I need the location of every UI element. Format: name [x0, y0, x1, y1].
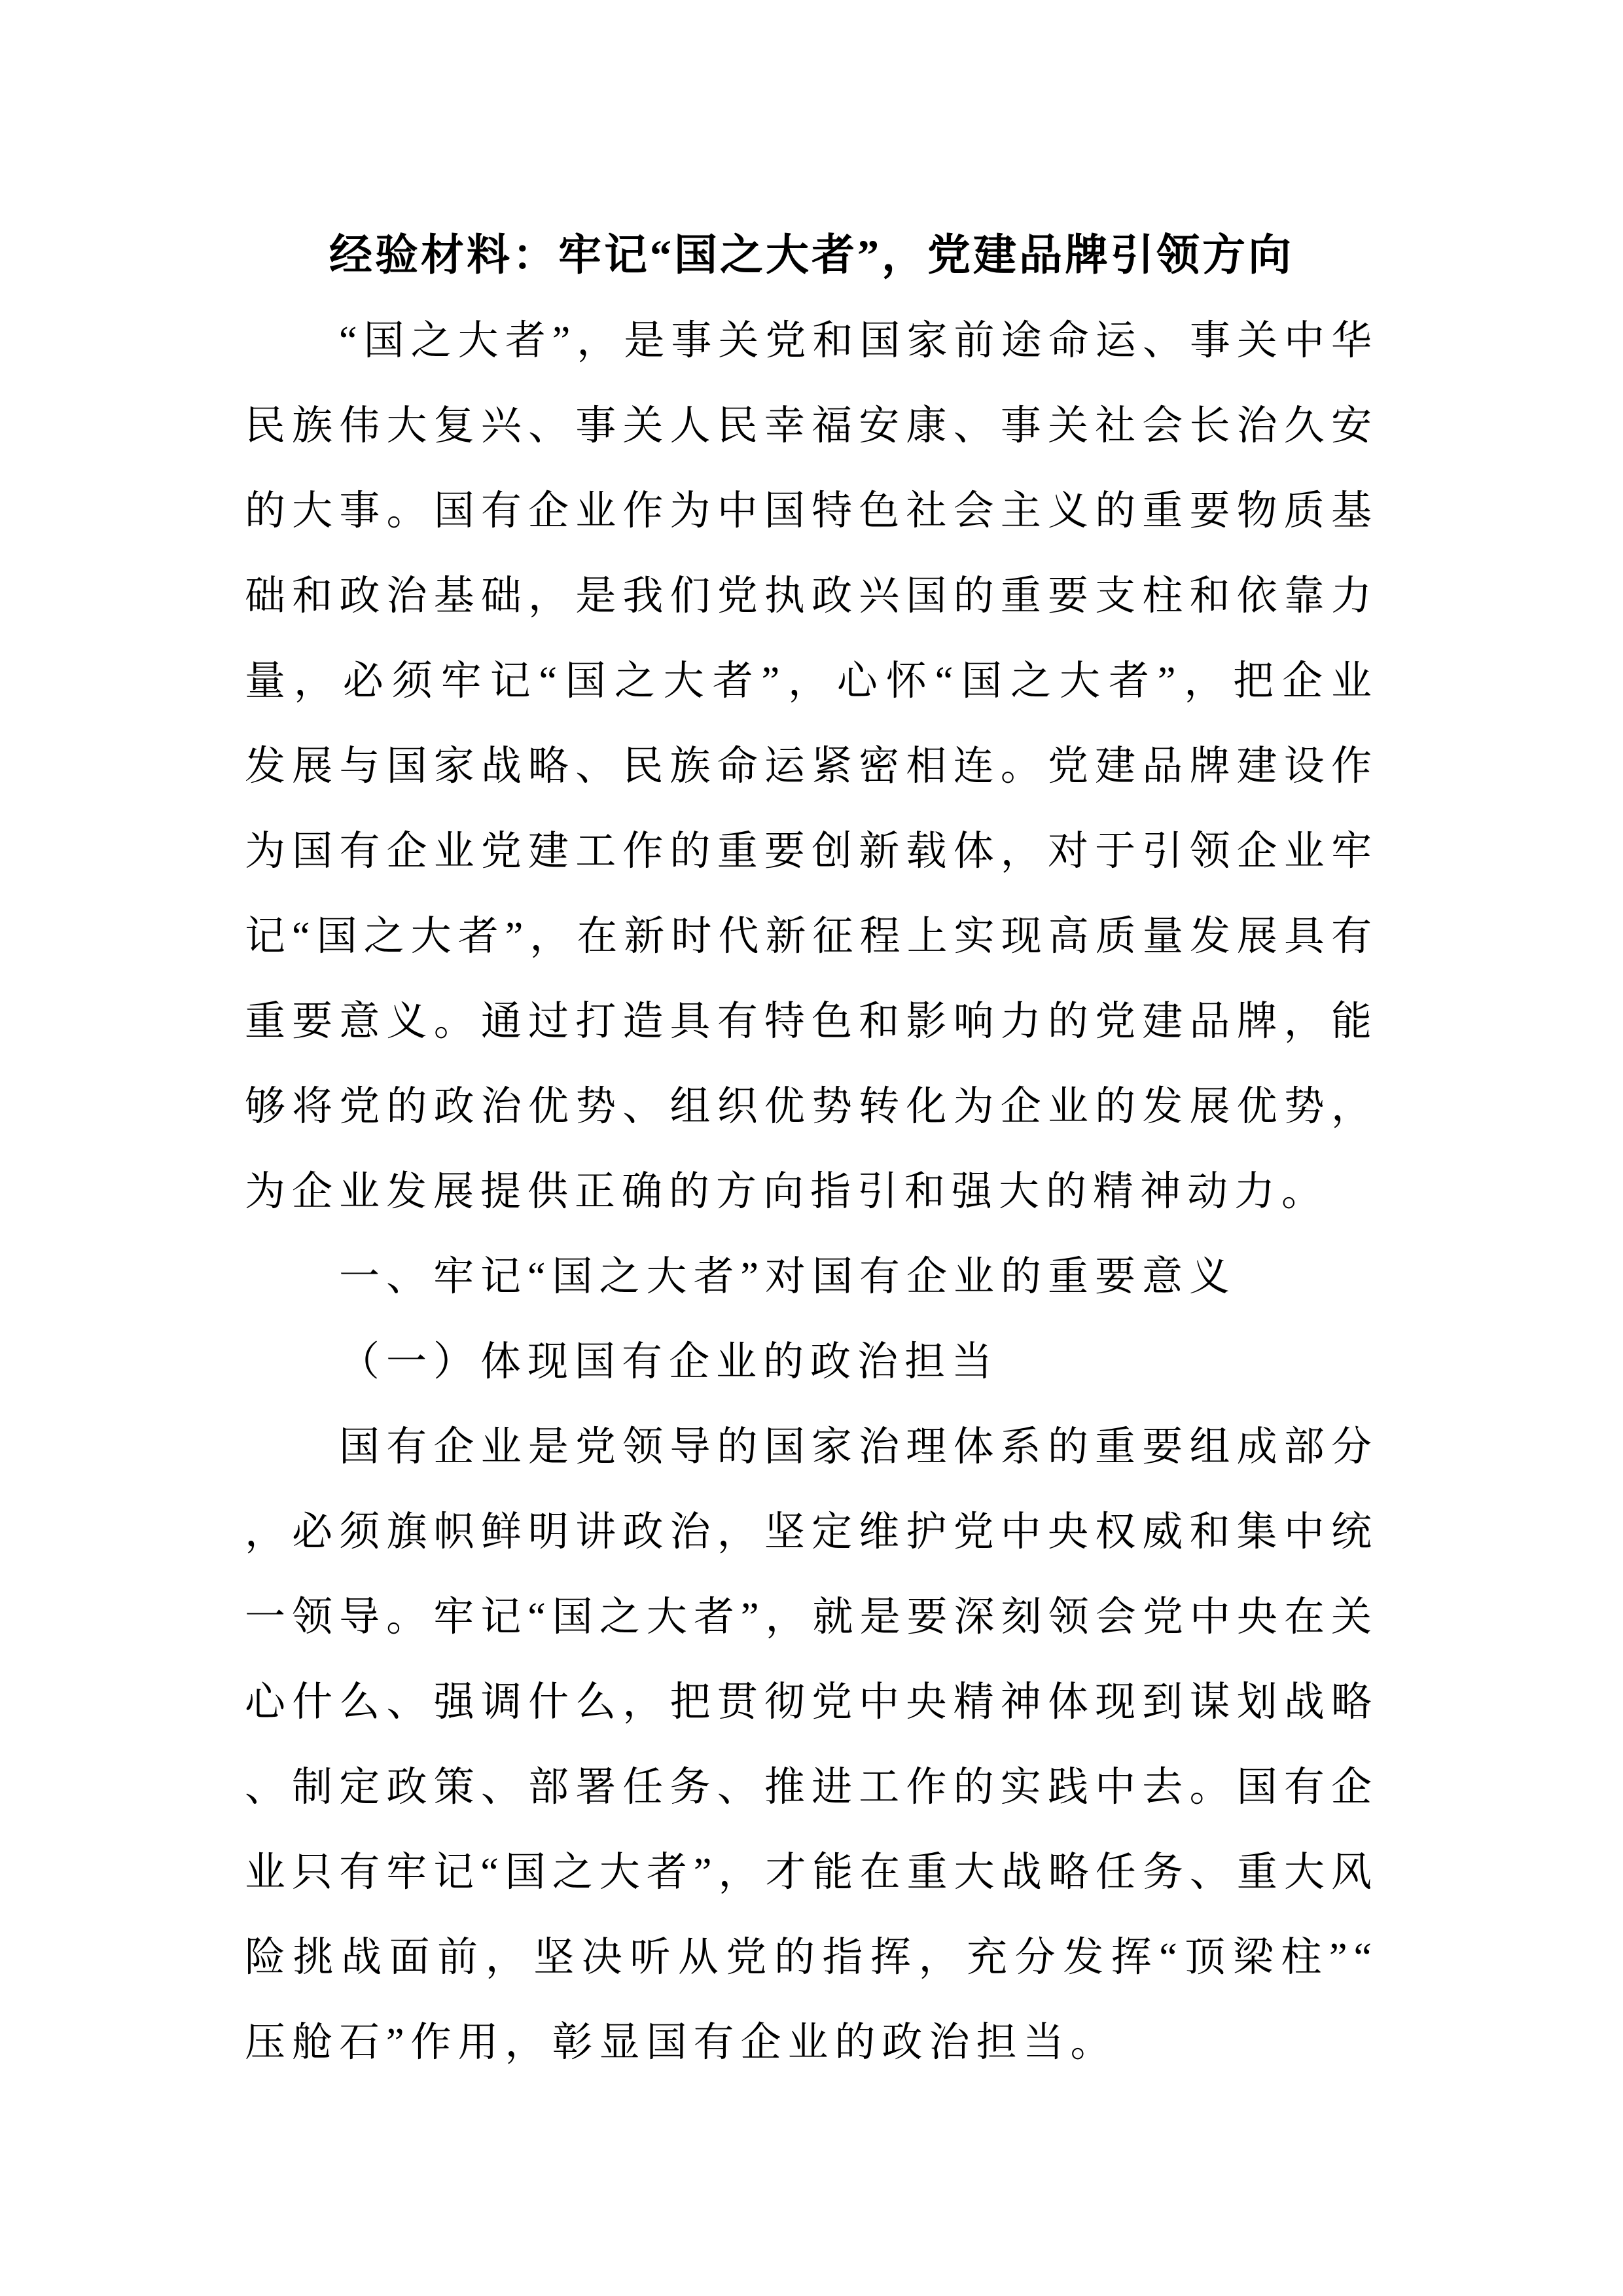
paragraph-body: 国有企业是党领导的国家治理体系的重要组成部分，必须旗帜鲜明讲政治，坚定维护党中央…: [245, 1405, 1378, 2085]
document-title: 经验材料：牢记“国之大者”，党建品牌引领方向: [245, 213, 1378, 298]
subsection-heading: （一）体现国有企业的政治担当: [245, 1319, 1378, 1405]
document-page: 经验材料：牢记“国之大者”，党建品牌引领方向 “国之大者”，是事关党和国家前途命…: [0, 0, 1623, 2296]
paragraph-intro: “国之大者”，是事关党和国家前途命运、事关中华民族伟大复兴、事关人民幸福安康、事…: [245, 298, 1378, 1234]
section-heading: 一、牢记“国之大者”对国有企业的重要意义: [245, 1234, 1378, 1319]
